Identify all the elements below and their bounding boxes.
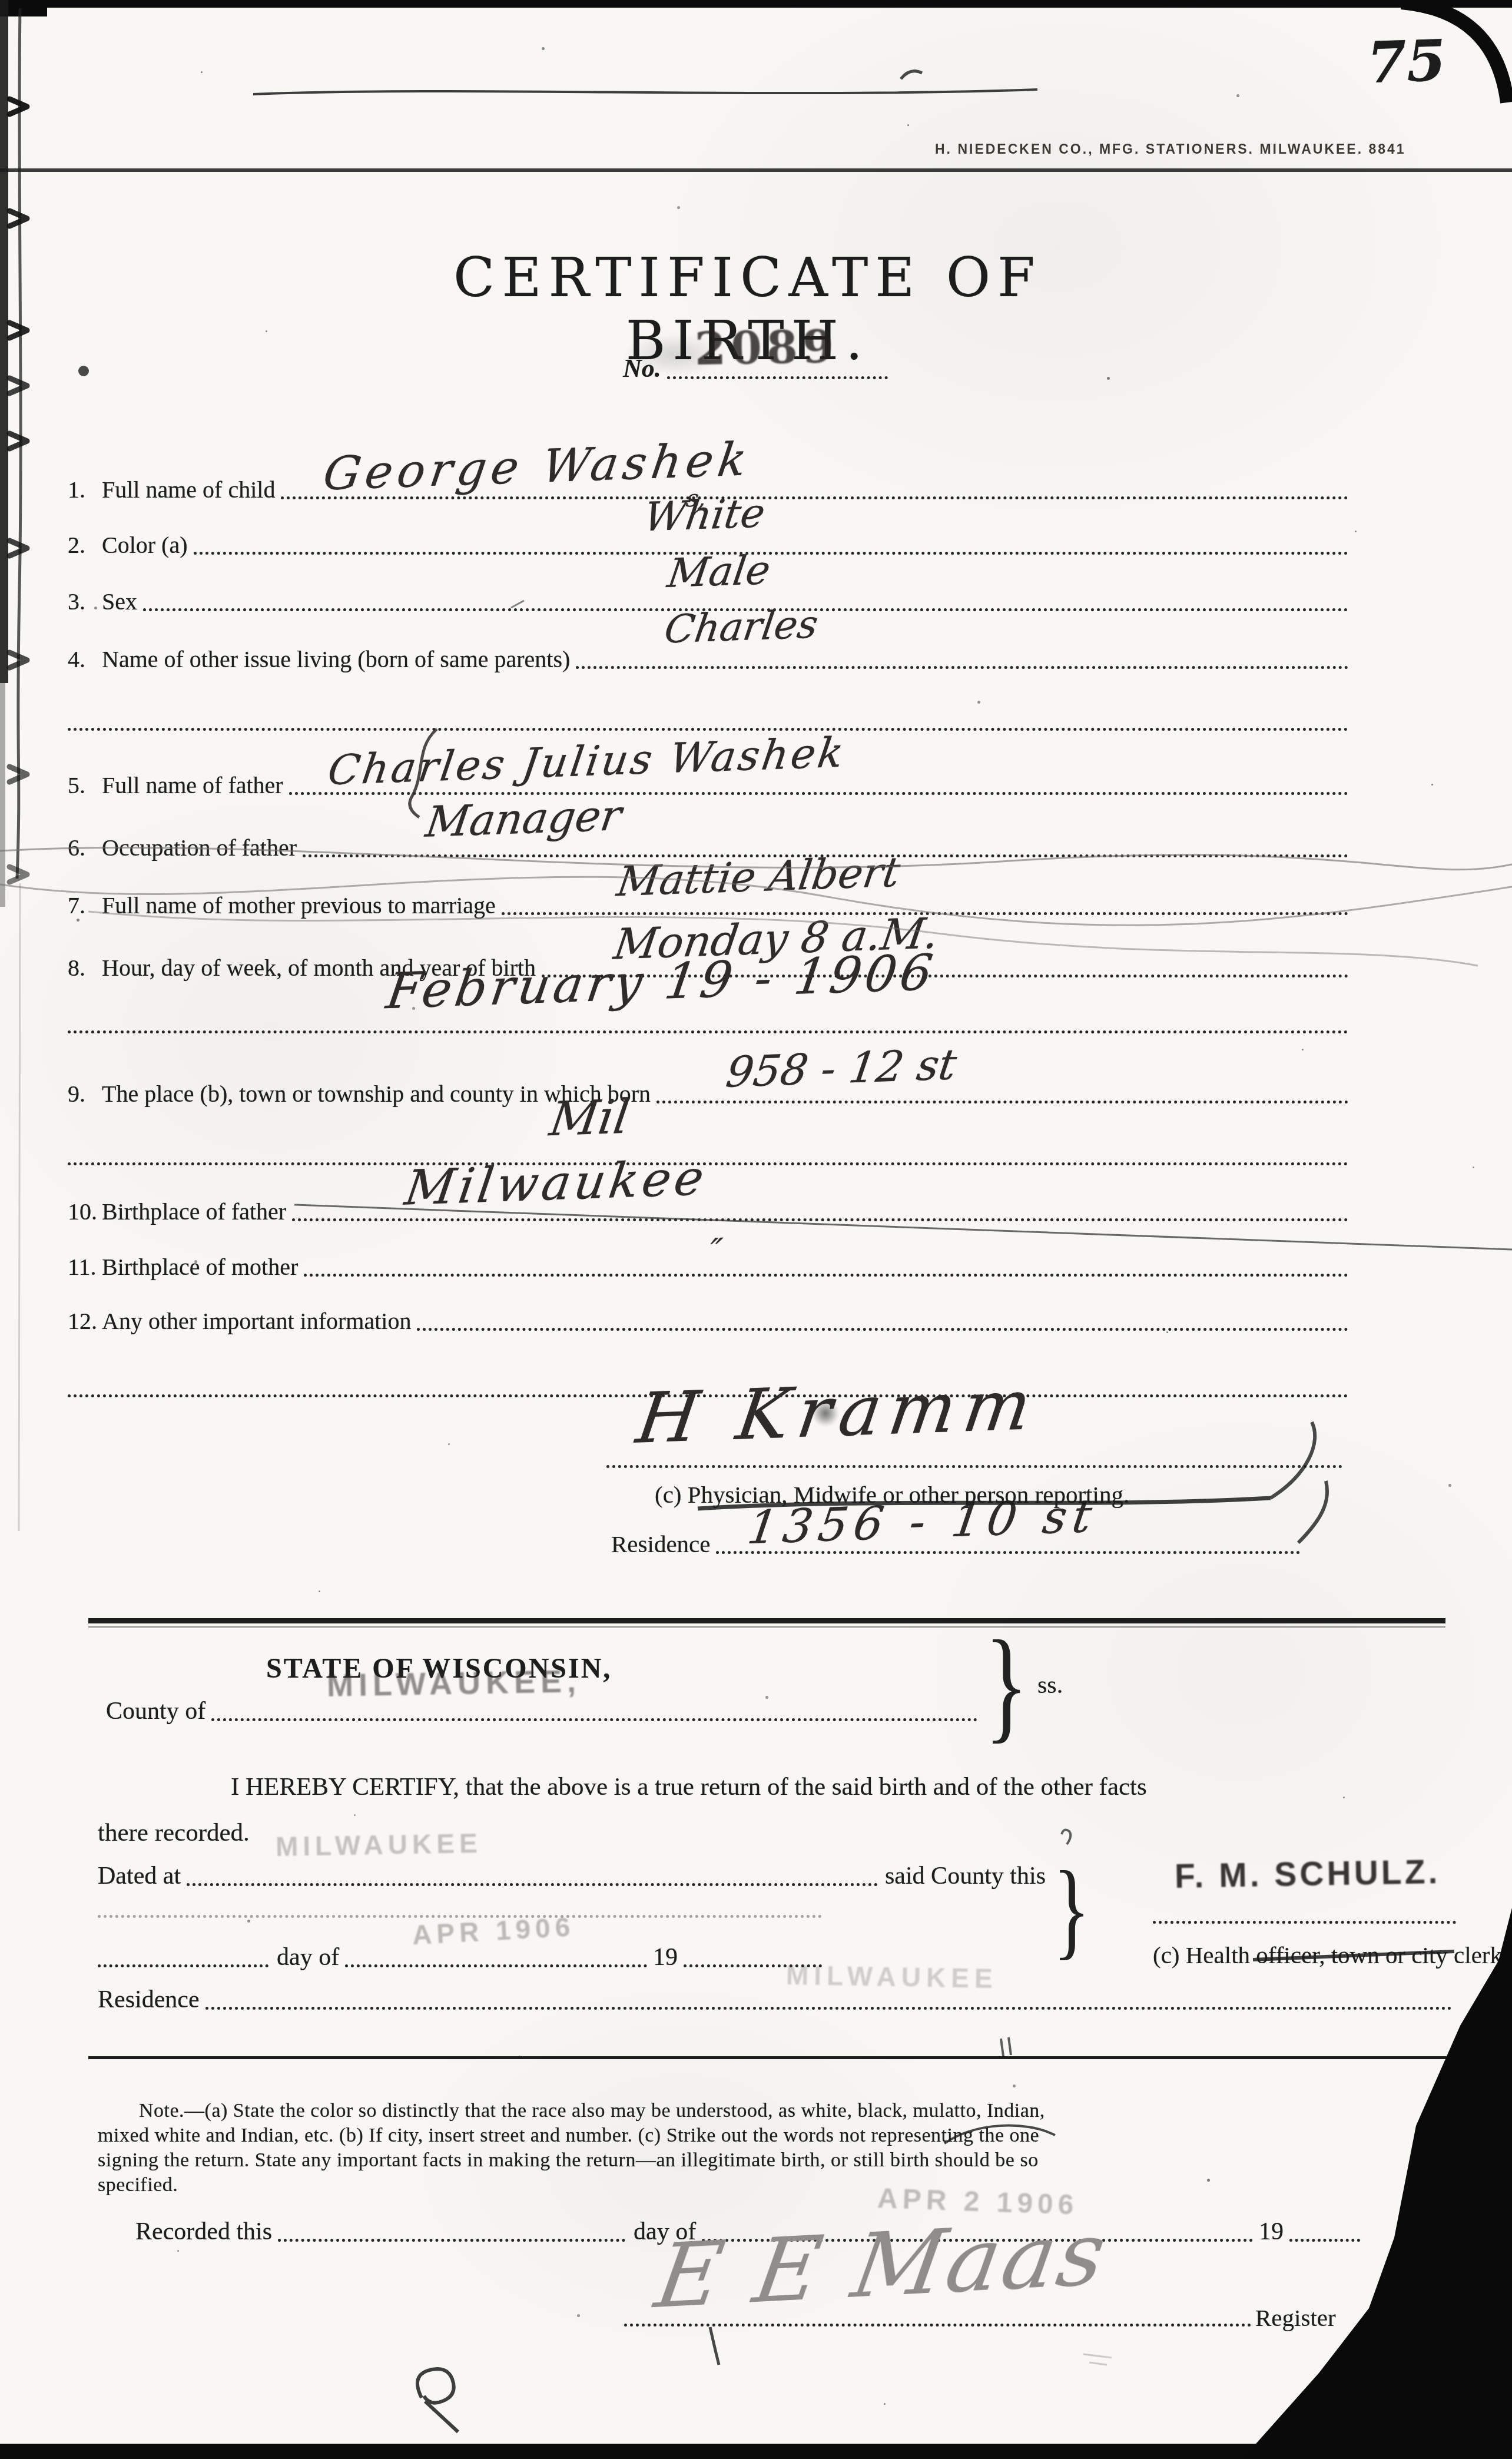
top-scan-bar — [0, 0, 1512, 8]
recorded-dotted-right — [1289, 2239, 1360, 2242]
field-number: 3. — [68, 588, 102, 615]
ink-dot-left-margin — [78, 366, 89, 376]
note-line-1: Note.—(a) State the color so distinctly … — [139, 2100, 1045, 2122]
field-row-9: 9. The place (b), town or township and c… — [68, 1080, 1348, 1108]
left-binding-strip-fade — [0, 683, 5, 907]
faint-marks-bottom — [1083, 2354, 1112, 2365]
pen-flourish-after-caption — [1271, 1422, 1327, 1543]
field-row-10: 10. Birthplace of father — [68, 1198, 1348, 1225]
printer-credit-line: H. NIEDECKEN CO., MFG. STATIONERS. MILWA… — [935, 141, 1406, 157]
health-officer-caption: (c) Health officer, town or city clerk, — [1153, 1941, 1508, 1969]
field-dotted-line — [656, 1101, 1348, 1103]
field-number: 10. — [68, 1198, 102, 1225]
field-number: 11. — [68, 1253, 102, 1281]
dated-at-label: Dated at — [98, 1862, 187, 1890]
reporter-signature: H Kramm — [632, 1364, 1044, 1459]
field-label: Birthplace of father — [102, 1198, 292, 1225]
field-dotted-line — [304, 1274, 1348, 1277]
field-label: Full name of father — [102, 771, 289, 799]
field-value-other-issue: Charles — [662, 602, 821, 652]
field-number: 4. — [68, 645, 102, 673]
field-value-birth-place: 958 - 12 st — [723, 1039, 960, 1096]
binding-stitch-marks — [9, 99, 27, 882]
header-rule — [0, 168, 1512, 172]
field-label: Any other important information — [102, 1307, 417, 1335]
field-value-sex: Male — [665, 547, 773, 597]
day-of-label: day of — [268, 1943, 345, 1971]
double-tick-above-rule — [1001, 2037, 1011, 2056]
county-dotted-line — [211, 1718, 977, 1721]
section-divider-rule-thin — [88, 1626, 1445, 1628]
signature-dotted-line — [606, 1465, 1342, 1468]
note-line-3: signing the return. State any important … — [98, 2149, 1039, 2172]
certify-statement-line1: I HEREBY CERTIFY, that the above is a tr… — [231, 1772, 1147, 1801]
field-label: Sex — [102, 588, 143, 615]
field-value-father-birthplace: Milwaukee — [402, 1150, 711, 1217]
note-line-2: mixed white and Indian, etc. (b) If city… — [98, 2125, 1039, 2147]
officer-dotted-line — [1153, 1921, 1456, 1924]
field-value-father-occupation: Manager — [423, 790, 625, 846]
said-county-label: said County this — [878, 1862, 1052, 1890]
left-binding-strip — [0, 0, 8, 683]
dated-at-dotted-line — [187, 1883, 878, 1886]
field-number: 5. — [68, 771, 102, 799]
dated-brace: } — [1053, 1855, 1090, 1964]
field-number: 12. — [68, 1307, 102, 1335]
left-binding-line — [17, 8, 21, 879]
field-number: 8. — [68, 954, 102, 982]
field-number: 9. — [68, 1080, 102, 1108]
footer-divider-rule — [88, 2056, 1454, 2059]
page-number: 75 — [1366, 27, 1447, 97]
stray-pen-mark-top — [901, 71, 922, 79]
register-dotted-line — [624, 2324, 1251, 2327]
continuation-dotted-line — [68, 1030, 1348, 1033]
field-label: Color (a) — [102, 531, 194, 559]
stray-pen-line-top — [253, 90, 1037, 94]
field-label: Occupation of father — [102, 834, 303, 861]
certify-statement-line2: there recorded. — [98, 1818, 250, 1847]
field-row-12: 12. Any other important information — [68, 1307, 1348, 1335]
county-label: County of — [106, 1697, 211, 1725]
register-label: Register — [1255, 2304, 1336, 2332]
field-dotted-line — [292, 1218, 1348, 1221]
scan-speckles — [0, 0, 3, 3]
field-label: Full name of child — [102, 476, 281, 503]
small-ink-squiggle-certify — [1062, 1830, 1070, 1844]
field-label: Full name of mother previous to marriage — [102, 892, 502, 919]
pen-doodle-bottom-left — [417, 2369, 458, 2432]
field-value-color: White — [641, 490, 768, 541]
continuation-dotted-line — [68, 728, 1348, 731]
pen-slash-bottom — [710, 2327, 719, 2365]
officer-residence-row: Residence — [98, 1986, 1452, 2014]
dated-at-row: Dated at said County this — [98, 1862, 1052, 1890]
field-dotted-line — [281, 496, 1348, 499]
section-divider-rule — [88, 1618, 1445, 1623]
officer-residence-label: Residence — [98, 1986, 205, 2014]
officer-residence-dotted-line — [205, 2007, 1452, 2010]
day-dotted-line-left — [98, 1964, 268, 1967]
recorded-dotted-left — [278, 2239, 625, 2242]
milwaukee-stamp-dated: MILWAUKEE — [276, 1827, 482, 1863]
field-value-mother-name: Mattie Albert — [614, 848, 903, 906]
certificate-number-row: No. — [623, 353, 888, 383]
field-number: 2. — [68, 531, 102, 559]
top-left-scan-nub — [0, 0, 47, 16]
year-prefix: 19 — [647, 1943, 684, 1971]
field-value-birth-place-2: Mil — [546, 1089, 633, 1147]
field-number: 1. — [68, 476, 102, 503]
left-binding-line-faint — [19, 883, 20, 1531]
scanned-birth-certificate-page: 75 H. NIEDECKEN CO., MFG. STATIONERS. MI… — [0, 0, 1512, 2459]
no-label: No. — [623, 353, 667, 383]
note-line-4: specified. — [98, 2174, 178, 2196]
ss-label: ss. — [1037, 1671, 1063, 1699]
field-dotted-line — [417, 1328, 1348, 1331]
recorded-label: Recorded this — [135, 2218, 278, 2246]
ss-brace: } — [984, 1620, 1028, 1747]
field-label: Birthplace of mother — [102, 1253, 304, 1281]
bottom-scan-bar — [0, 2444, 1512, 2459]
county-row: County of — [106, 1697, 977, 1725]
health-officer-name-stamp: F. M. SCHULZ. — [1174, 1852, 1440, 1896]
day-dotted-line-mid — [345, 1964, 647, 1967]
field-number: 6. — [68, 834, 102, 861]
field-label: Name of other issue living (born of same… — [102, 645, 576, 673]
day-of-row: day of 19 — [98, 1943, 822, 1971]
residence-label: Residence — [611, 1530, 716, 1558]
no-dotted-line — [667, 376, 888, 379]
field-dotted-line — [289, 792, 1348, 795]
field-dotted-line — [576, 666, 1348, 669]
recorded-year-prefix: 19 — [1253, 2218, 1289, 2246]
field-number: 7. — [68, 892, 102, 919]
